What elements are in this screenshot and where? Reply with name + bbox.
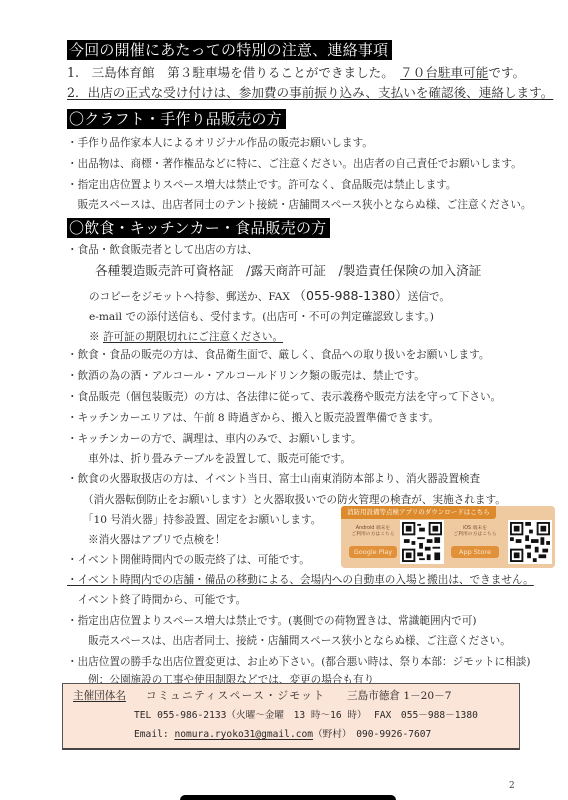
food-line: ・指定出店位置よりスペース増大は禁止です。(裏側での荷物置きは、常識範囲内で可)	[67, 614, 476, 628]
permit-expiry-note: ※ 許可証の期限切れにご注意ください。	[89, 330, 283, 344]
organizer-address: 三島市徳倉 1－20－7	[347, 689, 451, 703]
food-line: ・イベント開催時間内での販売終了は、可能です。	[67, 553, 310, 567]
food-line: イベント終了時間から、可能です。	[67, 593, 246, 607]
food-line: 「10 号消火器」持参設置、固定をお願いします。	[67, 513, 321, 527]
app-store-button[interactable]: App Store	[451, 546, 499, 558]
food-line: 車外は、折り畳みテーブルを設置して、販売可能です。	[67, 452, 351, 466]
food-line: ・キッチンカーエリアは、午前 8 時過ぎから、搬入と販売設置準備できます。	[67, 411, 439, 425]
android-label: Android 端末を ご利用の方はこちら	[347, 526, 399, 538]
food-line: ・キッチンカーの方で、調理は、車内のみで、お願いします。	[67, 432, 362, 446]
notice-item-registration: 2．出店の正式な受け付けは、参加費の事前振り込み、支払いを確認後、連絡します。	[67, 86, 553, 100]
organizer-label: 主催団体名	[73, 689, 126, 703]
page-number: 2	[509, 781, 515, 791]
email-submission-note: e-mail での添付送信も、受付ます。(出店可・不可の判定確認致します。)	[89, 310, 434, 324]
ios-label: iOS 端末を ご利用の方はこちら	[449, 526, 501, 538]
craft-line: ・指定出店位置よりスペース増大は禁止です。許可なく、食品販売は禁止します。	[67, 178, 457, 192]
food-line: ※消火器はアプリで点検を！	[67, 533, 225, 547]
craft-line: 販売スペースは、出店者同士のテント接続・店舗間スペース狭小とならぬ様、ご注意くだ…	[67, 198, 532, 212]
notice-item-parking: 1. 三島体育館 第３駐車場を借りることができました。 ７０台駐車可能です。	[67, 66, 525, 80]
special-notice-heading: 今回の開催にあたっての特別の注意、連絡事項	[67, 40, 392, 60]
required-permits: 各種製造販売許可資格証 /露天商許可証 /製造責任保険の加入済証	[95, 264, 481, 278]
organizer-tel: TEL 055-986-2133（火曜～金曜 13 時～16 時）	[134, 709, 367, 723]
android-qr-code	[400, 520, 444, 564]
craft-line: ・出品物は、商標・著作権品などに特に、ご注意ください。出店者の自己責任でお願いし…	[67, 157, 522, 171]
permit-copy-instructions: のコピーをジモットへ持参、郵送か、FAX （055-988-1380）送信で。	[89, 289, 450, 304]
organizer-email-line: Email: nomura.ryoko31@gmail.com（野村） 090-…	[134, 728, 431, 742]
food-line: ・出店位置の勝手な出店位置変更は、お止め下さい。(都合悪い時は、祭り本部：ジモッ…	[67, 655, 530, 669]
google-play-button[interactable]: Google Play	[349, 546, 397, 558]
qr-code-icon	[402, 522, 442, 562]
food-line: （消火器転倒防止をお願いします）と火器取扱いでの防火管理の検査が、実施されます。	[67, 493, 506, 507]
home-indicator[interactable]	[180, 795, 396, 800]
craft-line: ・手作り品作家本人によるオリジナル作品の販売お願いします。	[67, 136, 373, 150]
app-download-title: 消防用設備等点検アプリのダウンロードはこちら	[341, 506, 496, 519]
food-line: ・飲酒の為の酒・アルコール・アルコールドリンク類の販売は、禁止です。	[67, 369, 425, 383]
food-line: ・飲食・食品の販売の方は、食品衛生面で、厳しく、食品への取り扱いをお願いします。	[67, 348, 489, 362]
food-section-heading: 〇飲食・キッチンカー・食品販売の方	[67, 218, 330, 238]
ios-qr-code	[508, 520, 552, 564]
food-intro: ・食品・飲食販売者として出店の方は、	[67, 243, 258, 257]
vehicle-movement-notice: ・イベント時間内での店舗・備品の移動による、会場内への自動車の入場と搬出は、でき…	[67, 573, 534, 587]
qr-code-icon	[510, 522, 550, 562]
craft-section-heading: 〇クラフト・手作り品販売の方	[67, 109, 286, 129]
food-line: ・飲食の火器取扱店の方は、イベント当日、富士山南東消防本部より、消火器設置検査	[67, 472, 480, 486]
organizer-name: コミュニティスペース・ジモット	[146, 689, 326, 703]
organizer-fax: FAX 055－988－1380	[374, 709, 478, 723]
parking-capacity: ７０台駐車可能	[400, 65, 488, 80]
food-line: ・食品販売（個包装販売）の方は、各法律に従って、表示義務や販売方法を守って下さい…	[67, 390, 501, 404]
fax-number: （055-988-1380）	[293, 288, 407, 303]
organizer-email-link[interactable]: nomura.ryoko31@gmail.com	[174, 729, 313, 740]
food-line: 販売スペースは、出店者同士、接続・店舗間スペース狭小とならぬ様、ご注意ください。	[67, 634, 511, 648]
document-page: 今回の開催にあたっての特別の注意、連絡事項 1. 三島体育館 第３駐車場を借りる…	[0, 0, 568, 800]
